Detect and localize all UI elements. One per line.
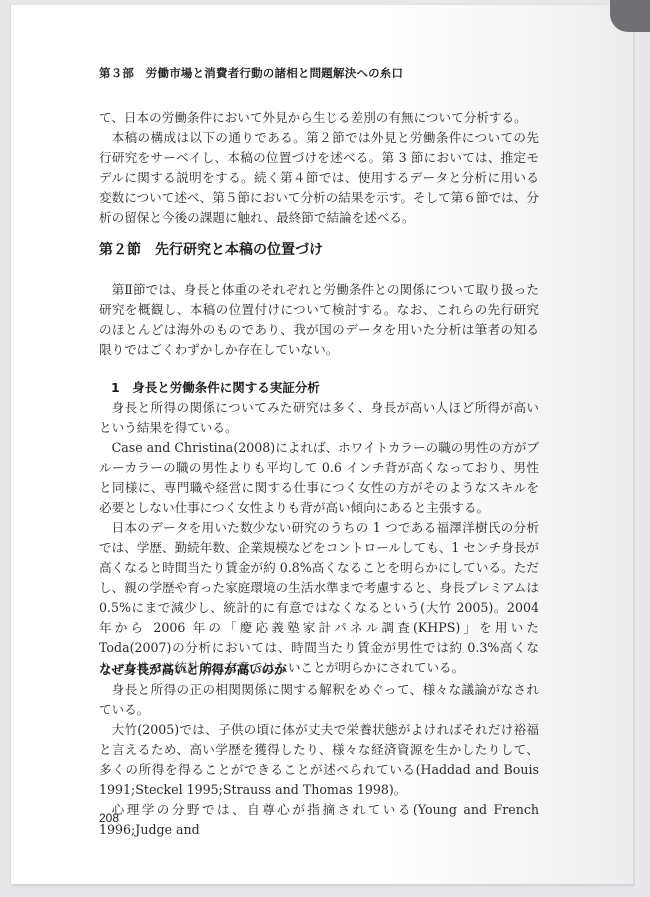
corner-tab-icon[interactable]	[610, 0, 650, 32]
document-viewer: 第３部 労働市場と消費者行動の諸相と問題解決への糸口 て、日本の労働条件において…	[0, 0, 650, 897]
subsection1-text: 身長と所得の関係についてみた研究は多く、身長が高い人ほど所得が高いという結果を得…	[99, 398, 539, 678]
page-edge	[11, 884, 633, 885]
intro-text: て、日本の労働条件において外見から生じる差別の有無について分析する。 本稿の構成…	[99, 108, 539, 228]
section2-text: 第Ⅱ節では、身長と体重のそれぞれと労働条件との関係について取り扱った研究を概観し…	[99, 280, 539, 360]
section-heading: 第２節 先行研究と本稿の位置づけ	[99, 239, 323, 259]
paragraph: 大竹(2005)では、子供の頃に体が丈夫で栄養状態がよければそれだけ裕福と言える…	[99, 720, 539, 800]
paragraph: 第Ⅱ節では、身長と体重のそれぞれと労働条件との関係について取り扱った研究を概観し…	[99, 280, 539, 360]
subsection-heading: なぜ身長が高いと所得が高いのか	[99, 660, 287, 678]
paragraph: 身長と所得の正の相関関係に関する解釈をめぐって、様々な議論がなされている。	[99, 680, 539, 720]
page-number: 208	[99, 811, 119, 825]
document-page: 第３部 労働市場と消費者行動の諸相と問題解決への糸口 て、日本の労働条件において…	[10, 4, 633, 885]
paragraph: 日本のデータを用いた数少ない研究のうちの 1 つである福澤洋樹氏の分析では、学歴…	[99, 518, 539, 678]
paragraph: て、日本の労働条件において外見から生じる差別の有無について分析する。	[99, 108, 539, 128]
subsection-why-text: 身長と所得の正の相関関係に関する解釈をめぐって、様々な議論がなされている。 大竹…	[99, 680, 539, 840]
paragraph: 身長と所得の関係についてみた研究は多く、身長が高い人ほど所得が高いという結果を得…	[99, 398, 539, 438]
paragraph: 本稿の構成は以下の通りである。第２節では外見と労働条件についての先行研究をサーベ…	[99, 128, 539, 228]
subsection-heading: 1 身長と労働条件に関する実証分析	[111, 378, 320, 396]
paragraph: Case and Christina(2008)によれば、ホワイトカラーの職の男…	[99, 438, 539, 518]
running-head: 第３部 労働市場と消費者行動の諸相と問題解決への糸口	[99, 65, 403, 81]
paragraph: 心理学の分野では、自尊心が指摘されている(Young and French 19…	[99, 800, 539, 840]
